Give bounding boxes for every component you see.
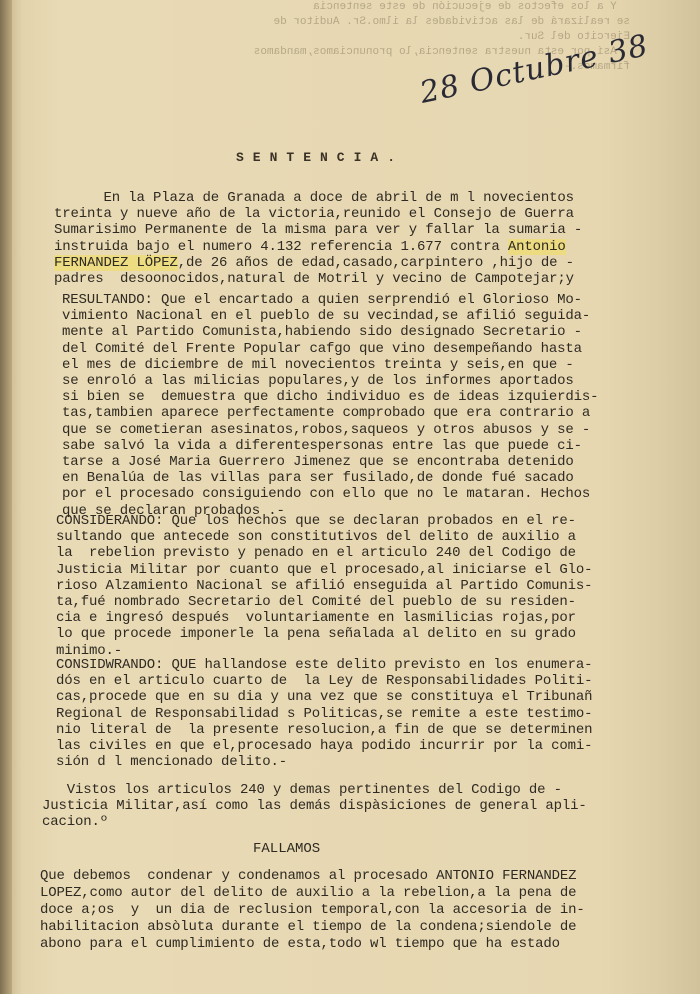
page-edge-shadow (0, 0, 12, 994)
highlighted-name: Antonio (508, 239, 566, 255)
vistos-paragraph: Vistos los articulos 240 y demas pertine… (42, 782, 587, 831)
document-title: SENTENCIA. (236, 150, 404, 165)
resultando-paragraph: RESULTANDO: Que el encartado a quien ser… (62, 292, 598, 519)
intro-line: treinta y nueve año de la victoria,reuni… (54, 206, 582, 222)
intro-paragraph: En la Plaza de Granada a doce de abril d… (54, 190, 582, 287)
intro-line: instruida bajo el numero 4.132 referenci… (54, 239, 582, 255)
considerando-paragraph-1: CONSIDERANDO: Que los hechos que se decl… (56, 513, 592, 659)
fallamos-heading: FALLAMOS (253, 841, 320, 857)
intro-line: FERNANDEZ LÖPEZ,de 26 años de edad,casad… (54, 255, 582, 271)
intro-line: padres desoonocidos,natural de Motril y … (54, 271, 582, 287)
highlighted-name: FERNANDEZ LÖPEZ (54, 255, 178, 271)
fallamos-paragraph: Que debemos condenar y condenamos al pro… (40, 868, 585, 953)
considerando-paragraph-2: CONSIDWRANDO: QUE hallandose este delito… (56, 657, 592, 770)
intro-line: Sumarisimo Permanente de la misma para v… (54, 222, 582, 238)
intro-line: En la Plaza de Granada a doce de abril d… (54, 190, 582, 206)
